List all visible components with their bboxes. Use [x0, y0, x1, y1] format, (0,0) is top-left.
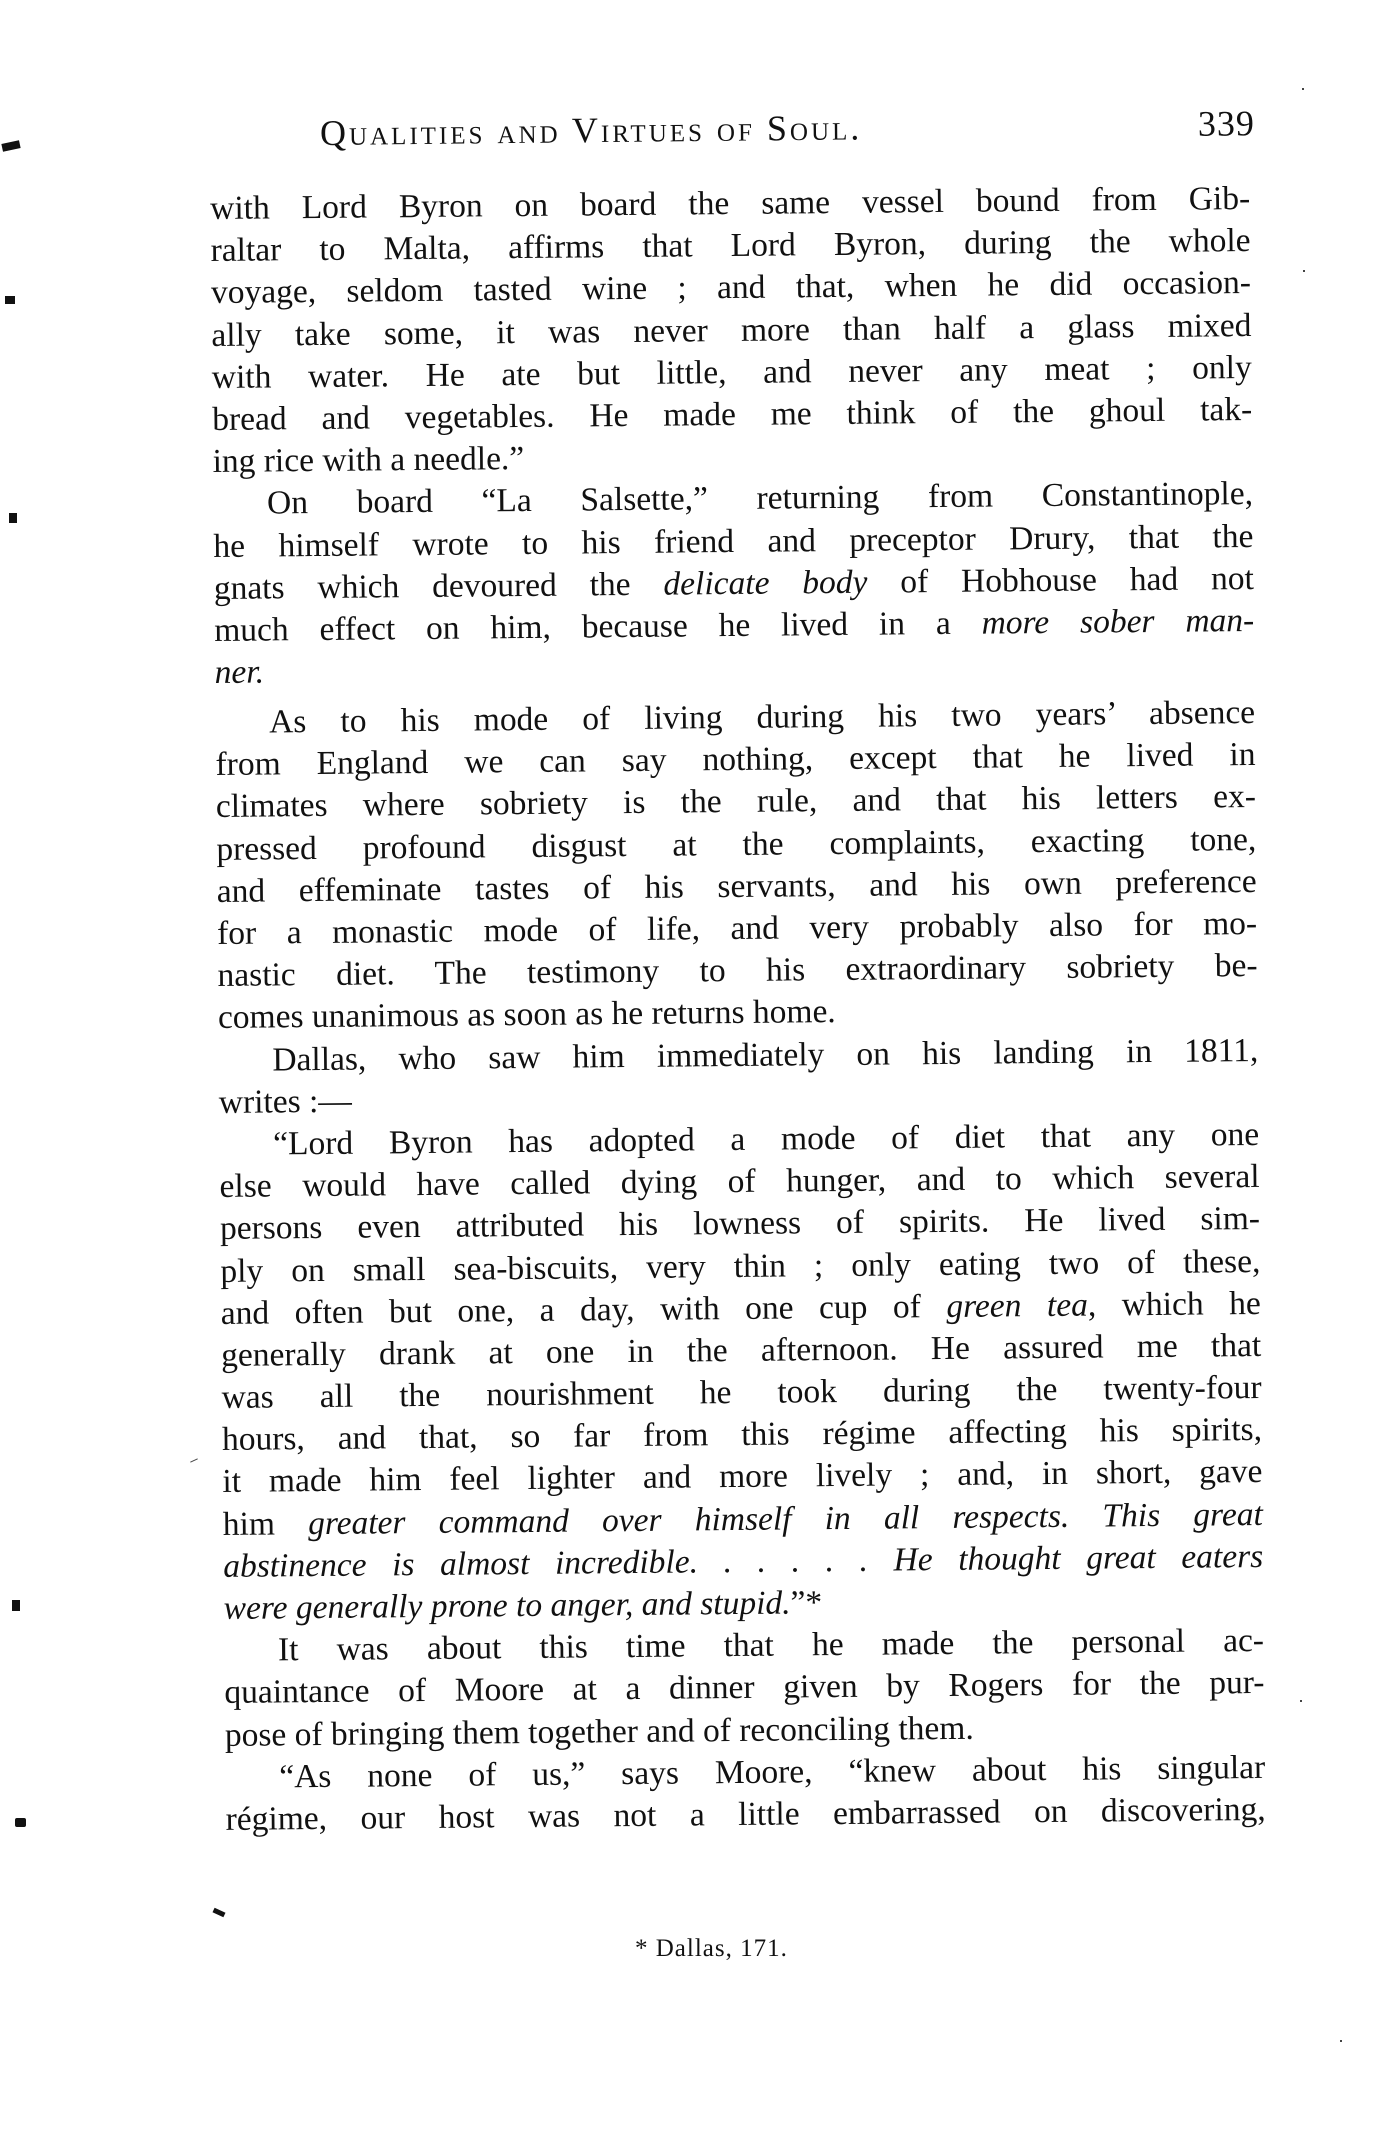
scan-artifact — [1303, 270, 1305, 272]
text-segment: Dallas, who saw him immediately on his l… — [272, 1032, 1258, 1078]
text-segment: régime, our host was not a little embarr… — [225, 1791, 1265, 1838]
text-segment: of Hobhouse had not — [867, 560, 1254, 601]
text-segment: ply on small sea-biscuits, very thin ; o… — [220, 1242, 1260, 1289]
text-segment: gnats which devoured the — [214, 565, 664, 606]
text-segment: pressed profound disgust at the complain… — [216, 821, 1256, 868]
scan-artifact — [12, 1600, 20, 1611]
italic-text: green tea — [946, 1286, 1088, 1324]
text-segment: climates where sobriety is the rule, and… — [216, 778, 1256, 825]
text-segment: It was about this time that he made the … — [278, 1622, 1264, 1668]
running-head: Qualities and Virtues of Soul. 339 — [320, 102, 1255, 162]
text-segment: writes :— — [219, 1082, 352, 1120]
page-number: 339 — [1198, 102, 1255, 145]
text-segment: comes unanimous as soon as he returns ho… — [218, 993, 836, 1036]
scan-artifact — [1302, 88, 1304, 90]
text-segment: , which he — [1088, 1285, 1261, 1324]
scan-artifact — [1340, 2040, 1342, 2042]
text-segment: nastic diet. The testimony to his extrao… — [217, 947, 1257, 994]
text-segment: him — [223, 1505, 309, 1543]
text-segment: pose of bringing them together and of re… — [225, 1709, 974, 1753]
text-segment: he himself wrote to his friend and prece… — [213, 518, 1253, 565]
text-segment: raltar to Malta, affirms that Lord Byron… — [210, 222, 1250, 269]
text-segment: with water. He ate but little, and never… — [212, 349, 1252, 396]
text-segment: from England we can say nothing, except … — [215, 736, 1255, 783]
text-segment: much effect on him, because he lived in … — [214, 604, 982, 648]
text-segment: it made him feel lighter and more lively… — [222, 1453, 1262, 1500]
italic-text: ner. — [214, 654, 264, 691]
text-segment: with Lord Byron on board the same vessel… — [210, 180, 1250, 227]
text-segment: and effeminate tastes of his servants, a… — [217, 863, 1257, 910]
scan-artifact — [213, 1908, 226, 1918]
italic-text: delicate body — [663, 563, 867, 602]
scan-artifact — [5, 296, 15, 304]
scan-artifact — [9, 513, 17, 523]
text-segment: As to his mode of living during his two … — [269, 694, 1255, 740]
italic-text: more sober man- — [981, 602, 1254, 642]
text-segment: bread and vegetables. He made me think o… — [212, 391, 1252, 438]
text-line: régime, our host was not a little embarr… — [225, 1789, 1265, 1841]
text-segment: On board “La Salsette,” returning from C… — [267, 475, 1253, 521]
text-segment: was all the nourishment he took during t… — [221, 1369, 1261, 1416]
scan-artifact — [1, 140, 20, 152]
running-head-title: Qualities and Virtues of Soul. — [320, 106, 863, 154]
scan-artifact — [190, 1458, 198, 1462]
text-segment: and often but one, a day, with one cup o… — [221, 1288, 947, 1332]
italic-text: abstinence is almost incredible. . . . .… — [223, 1538, 1263, 1585]
italic-text: greater command over himself in all resp… — [308, 1496, 1263, 1542]
text-segment: ally take some, it was never more than h… — [211, 307, 1251, 354]
scan-artifact — [1300, 1700, 1302, 1702]
text-segment: generally drank at one in the afternoon.… — [221, 1327, 1261, 1374]
book-page: Qualities and Virtues of Soul. 339 with … — [0, 0, 1382, 2135]
text-segment: “Lord Byron has adopted a mode of diet t… — [273, 1116, 1259, 1162]
body-text: with Lord Byron on board the same vessel… — [210, 178, 1266, 1841]
italic-text: were generally prone to anger, and stupi… — [223, 1584, 790, 1626]
scan-artifact — [15, 1818, 26, 1827]
text-segment: quaintance of Moore at a dinner given by… — [224, 1664, 1264, 1711]
text-segment: ”* — [790, 1584, 822, 1621]
text-segment: else would have called dying of hunger, … — [219, 1158, 1259, 1205]
text-segment: for a monastic mode of life, and very pr… — [217, 905, 1257, 952]
footnote: * Dallas, 171. — [635, 1935, 788, 1963]
text-segment: hours, and that, so far from this régime… — [222, 1411, 1262, 1458]
text-segment: “As none of us,” says Moore, “knew about… — [279, 1749, 1265, 1795]
text-segment: persons even attributed his lowness of s… — [220, 1200, 1260, 1247]
text-segment: ing rice with a needle.” — [212, 440, 524, 480]
text-segment: voyage, seldom tasted wine ; and that, w… — [211, 264, 1251, 311]
